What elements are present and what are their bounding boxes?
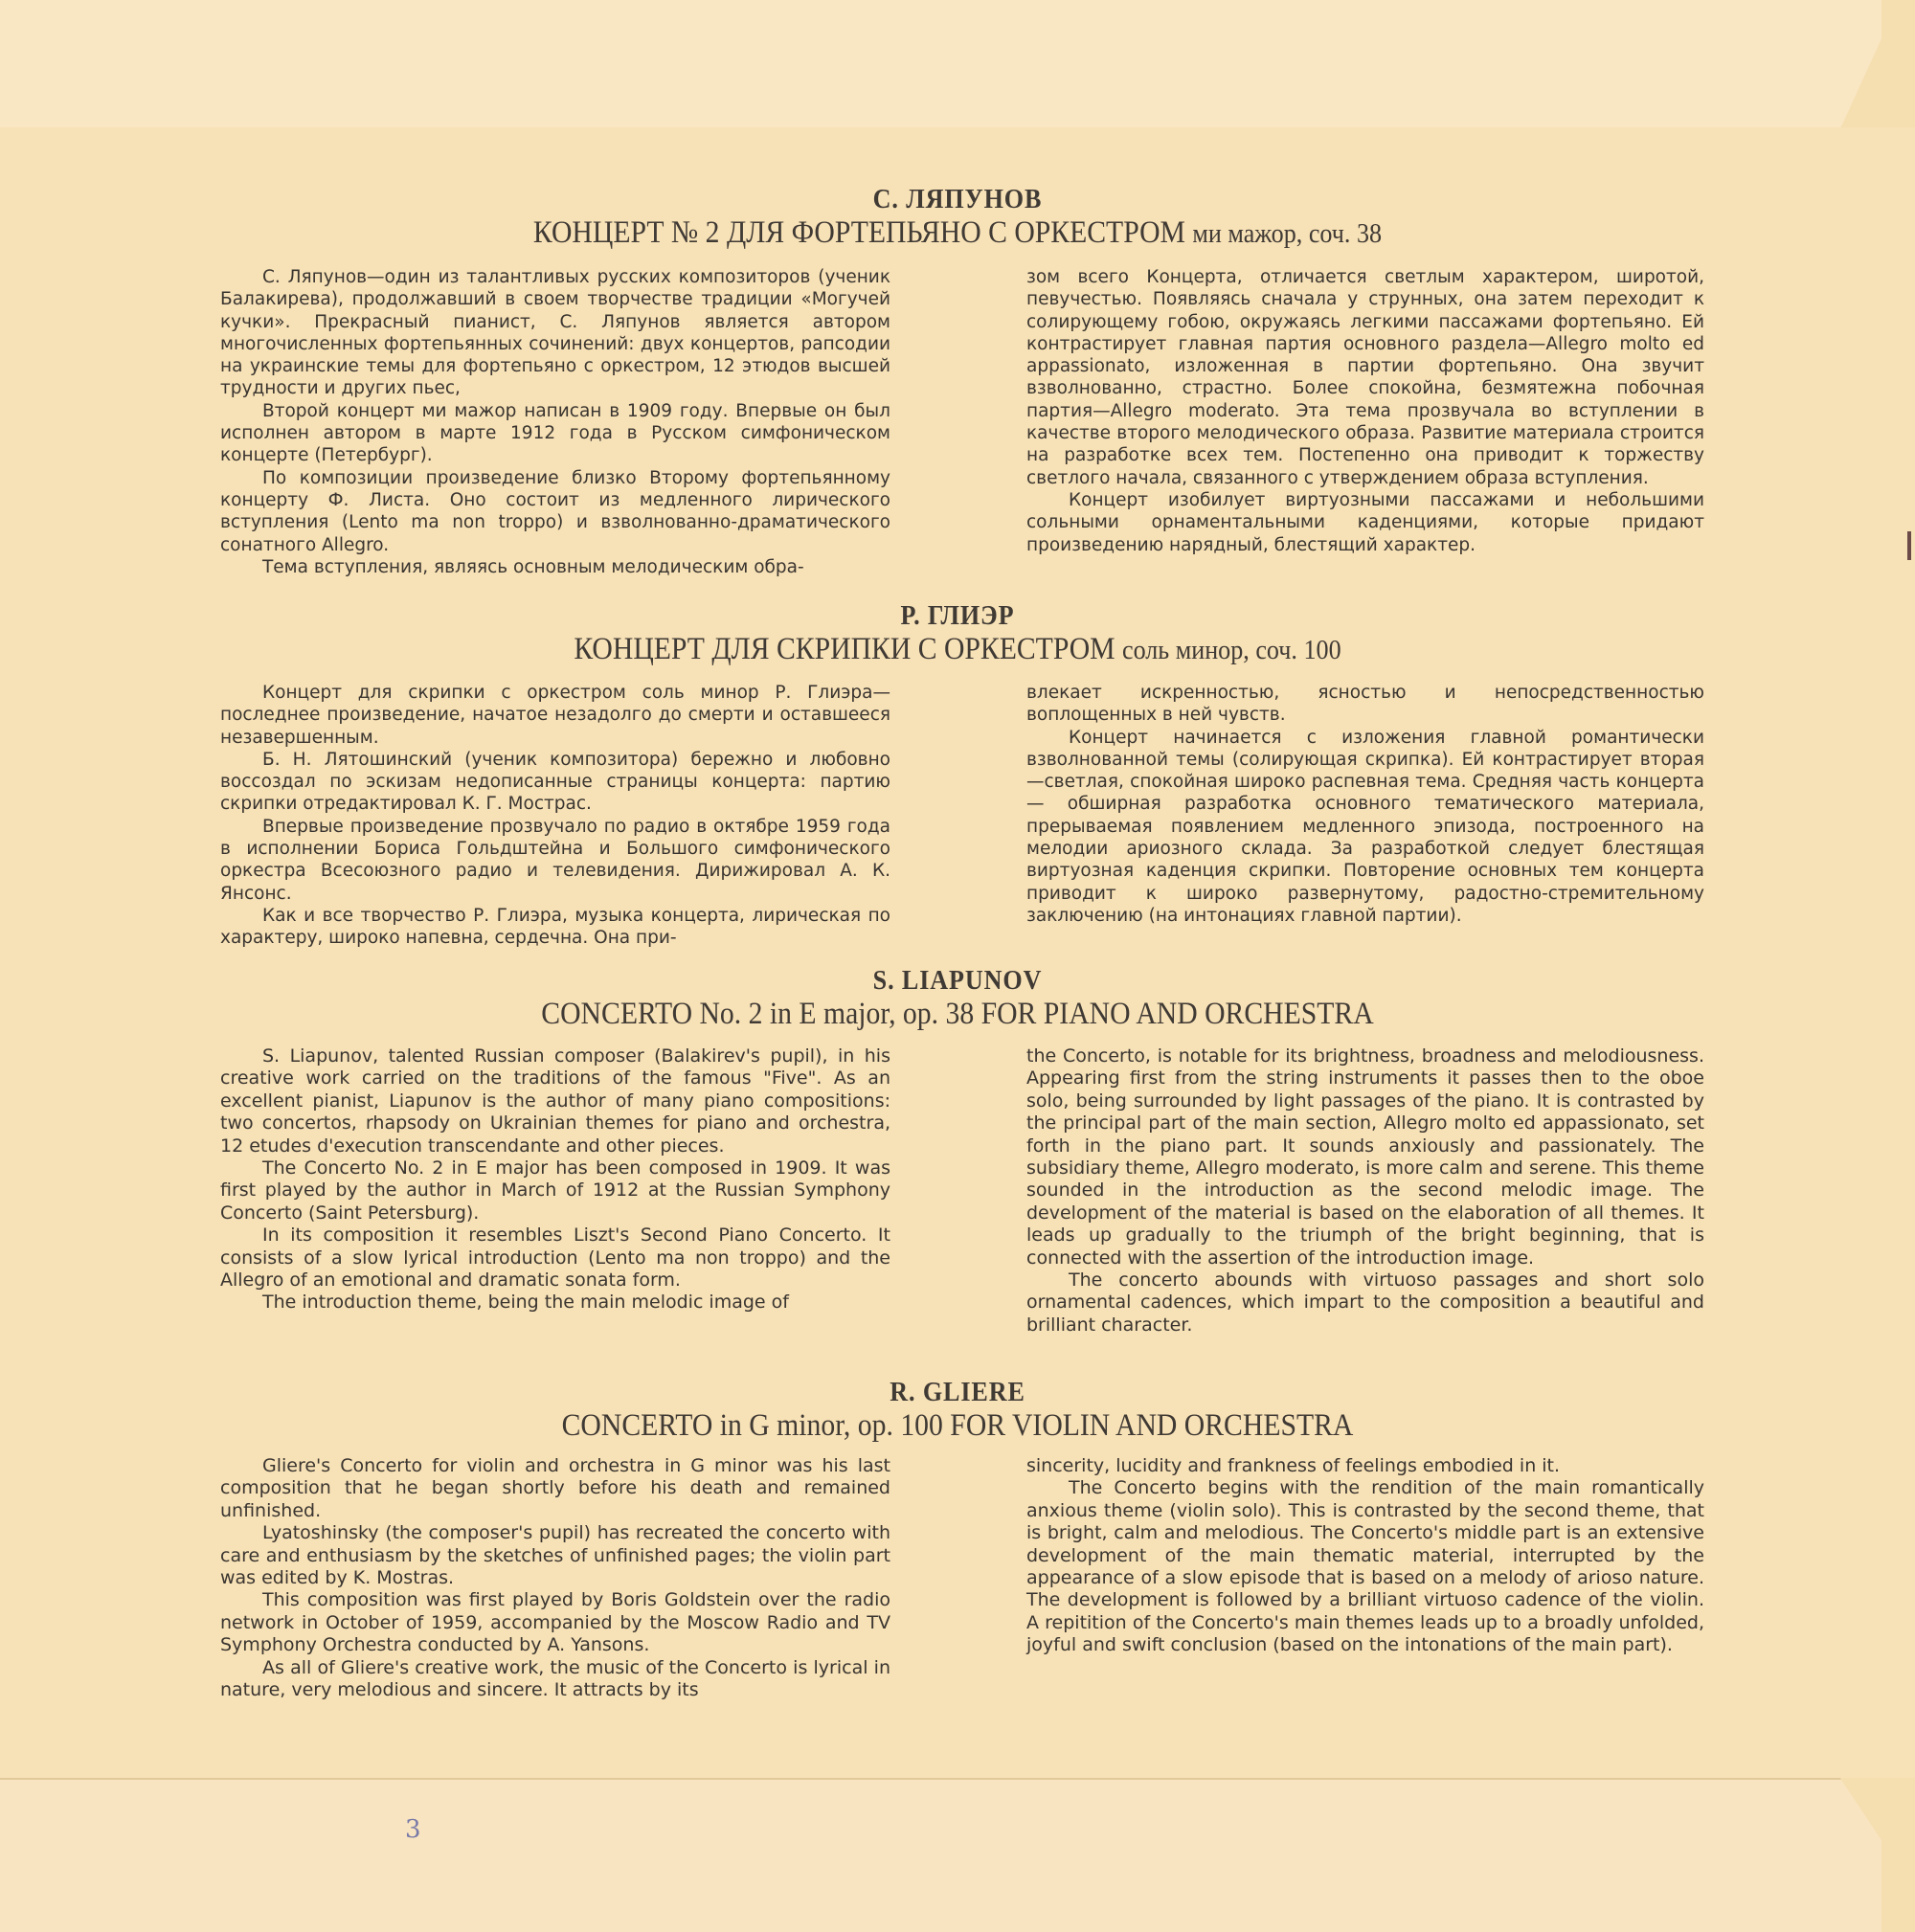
composer-name: С. ЛЯПУНОВ bbox=[96, 184, 1819, 214]
paragraph: Gliere's Concerto for violin and orchest… bbox=[220, 1455, 890, 1522]
paragraph: In its composition it resembles Liszt's … bbox=[220, 1224, 890, 1292]
column-left: Gliere's Concerto for violin and orchest… bbox=[220, 1455, 890, 1701]
paragraph: Второй концерт ми мажор написан в 1909 г… bbox=[220, 400, 890, 467]
section-ru-liapunov: С. ЛЯПУНОВ КОНЦЕРТ № 2 ДЛЯ ФОРТЕПЬЯНО С … bbox=[0, 184, 1915, 252]
paragraph: Впервые произведение прозвучало по радио… bbox=[220, 816, 890, 905]
work-title-key: ми мажор, соч. 38 bbox=[1192, 218, 1382, 249]
work-title-main: КОНЦЕРТ № 2 ДЛЯ ФОРТЕПЬЯНО С ОРКЕСТРОМ bbox=[533, 215, 1185, 250]
column-left: S. Liapunov, talented Russian composer (… bbox=[220, 1045, 890, 1337]
work-title: КОНЦЕРТ № 2 ДЛЯ ФОРТЕПЬЯНО С ОРКЕСТРОМ м… bbox=[96, 214, 1819, 252]
paragraph: As all of Gliere's creative work, the mu… bbox=[220, 1657, 890, 1702]
work-title-main: КОНЦЕРТ ДЛЯ СКРИПКИ С ОРКЕСТРОМ bbox=[574, 632, 1115, 666]
section-en-gliere: R. GLIERE CONCERTO in G minor, op. 100 F… bbox=[0, 1377, 1915, 1444]
paragraph: Тема вступления, являясь основным мелоди… bbox=[220, 556, 890, 578]
sleeve-bottom-flap bbox=[0, 1778, 1881, 1932]
paragraph: The Concerto No. 2 in E major has been c… bbox=[220, 1157, 890, 1224]
paragraph: С. Ляпунов—один из талантливых русских к… bbox=[220, 266, 890, 400]
paragraph: Концерт для скрипки с оркестром соль мин… bbox=[220, 682, 890, 749]
paragraph: Б. Н. Лятошинский (ученик композитора) б… bbox=[220, 749, 890, 816]
paragraph: Концерт изобилует виртуозными пассажами … bbox=[1026, 489, 1704, 556]
work-title: CONCERTO No. 2 in E major, op. 38 FOR PI… bbox=[96, 996, 1819, 1032]
work-title-key: соль минор, соч. 100 bbox=[1122, 635, 1341, 665]
paragraph: The introduction theme, being the main m… bbox=[220, 1292, 890, 1314]
columns-ru-liapunov: С. Ляпунов—один из талантливых русских к… bbox=[220, 266, 1704, 578]
columns-ru-gliere: Концерт для скрипки с оркестром соль мин… bbox=[220, 682, 1704, 950]
sleeve-top-flap bbox=[0, 0, 1881, 129]
column-left: Концерт для скрипки с оркестром соль мин… bbox=[220, 682, 890, 950]
columns-en-gliere: Gliere's Concerto for violin and orchest… bbox=[220, 1455, 1704, 1701]
composer-name: Р. ГЛИЭР bbox=[96, 600, 1819, 631]
column-left: С. Ляпунов—один из талантливых русских к… bbox=[220, 266, 890, 578]
paragraph: Lyatoshinsky (the composer's pupil) has … bbox=[220, 1522, 890, 1589]
column-right: влекает искренностью, ясностью и непосре… bbox=[1026, 682, 1704, 950]
handwritten-mark: 3 bbox=[405, 1815, 421, 1844]
section-en-liapunov: S. LIAPUNOV CONCERTO No. 2 in E major, o… bbox=[0, 965, 1915, 1032]
paragraph: S. Liapunov, talented Russian composer (… bbox=[220, 1045, 890, 1157]
column-right: the Concerto, is notable for its brightn… bbox=[1026, 1045, 1704, 1337]
work-title: CONCERTO in G minor, op. 100 FOR VIOLIN … bbox=[96, 1407, 1819, 1444]
paragraph: Как и все творчество Р. Глиэра, музыка к… bbox=[220, 905, 890, 950]
paragraph: The concerto abounds with virtuoso passa… bbox=[1026, 1269, 1704, 1337]
paragraph: sincerity, lucidity and frankness of fee… bbox=[1026, 1455, 1704, 1477]
edge-mark bbox=[1907, 531, 1911, 560]
column-right: sincerity, lucidity and frankness of fee… bbox=[1026, 1455, 1704, 1701]
columns-en-liapunov: S. Liapunov, talented Russian composer (… bbox=[220, 1045, 1704, 1337]
paragraph: The Concerto begins with the rendition o… bbox=[1026, 1477, 1704, 1656]
paragraph: Концерт начинается с изложения главной р… bbox=[1026, 727, 1704, 928]
paragraph: По композиции произведение близко Втором… bbox=[220, 467, 890, 556]
section-ru-gliere: Р. ГЛИЭР КОНЦЕРТ ДЛЯ СКРИПКИ С ОРКЕСТРОМ… bbox=[0, 600, 1915, 668]
composer-name: R. GLIERE bbox=[96, 1377, 1819, 1407]
paragraph: зом всего Концерта, отличается светлым х… bbox=[1026, 266, 1704, 489]
column-right: зом всего Концерта, отличается светлым х… bbox=[1026, 266, 1704, 578]
paragraph: This composition was first played by Bor… bbox=[220, 1589, 890, 1656]
composer-name: S. LIAPUNOV bbox=[96, 965, 1819, 996]
paragraph: the Concerto, is notable for its brightn… bbox=[1026, 1045, 1704, 1269]
paragraph: влекает искренностью, ясностью и непосре… bbox=[1026, 682, 1704, 727]
work-title: КОНЦЕРТ ДЛЯ СКРИПКИ С ОРКЕСТРОМ соль мин… bbox=[96, 631, 1819, 668]
